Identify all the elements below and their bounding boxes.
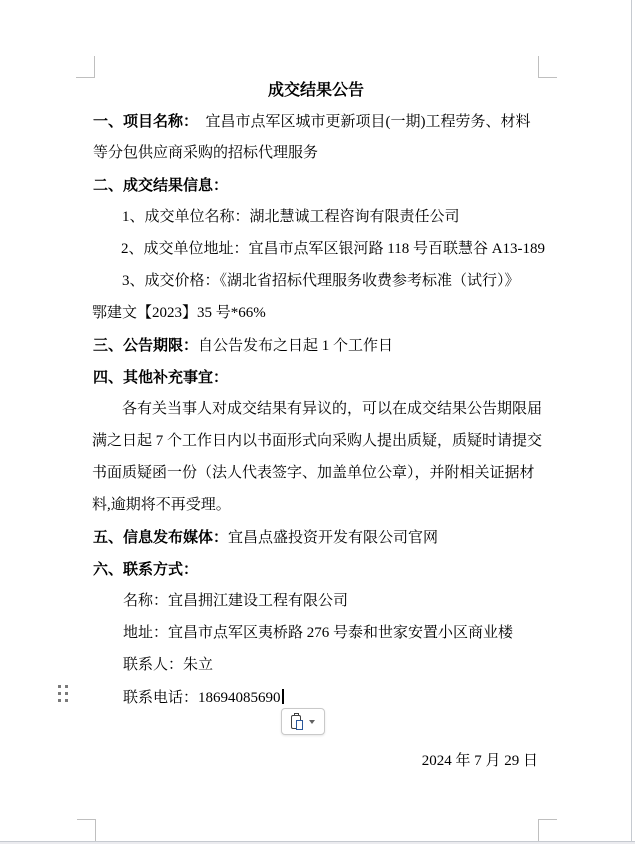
text-boundary-mark-bottom-left [77, 819, 96, 841]
line-objection-3: 书面质疑函一份（法人代表签字、加盖单位公章），并附相关证据材 [92, 465, 535, 482]
line-text: 名称：宜昌拥江建设工程有限公司 [123, 593, 348, 609]
chevron-down-icon [309, 720, 315, 724]
line-text: 各有关当事人对成交结果有异议的，可以在成交结果公告期限届 [122, 401, 542, 417]
section-label: 一、项目名称： [93, 113, 191, 130]
line-other-matters-heading: 四、其他补充事宜： [93, 369, 228, 387]
line-text: 宜昌市点军区城市更新项目(一期)工程劳务、材料 [191, 114, 531, 130]
line-winner-name: 1、成交单位名称：湖北慧诚工程咨询有限责任公司 [122, 209, 460, 226]
line-contact-name: 名称：宜昌拥江建设工程有限公司 [123, 593, 348, 610]
line-contact-phone: 联系电话：18694085690 [123, 689, 284, 707]
line-text: 联系电话：18694085690 [123, 690, 281, 706]
line-text: 3、成交价格：《湖北省招标代理服务收费参考标准（试行）》 [122, 273, 520, 289]
paste-options-button[interactable] [281, 708, 325, 735]
section-label: 四、其他补充事宜： [93, 369, 228, 386]
line-text: 联系人：朱立 [123, 657, 213, 673]
section-label: 五、信息发布媒体： [93, 529, 228, 546]
text-boundary-mark-top-right [538, 56, 557, 78]
line-text: 2、成交单位地址：宜昌市点军区银河路 118 号百联慧谷 A13-189 [121, 241, 545, 257]
line-contact-address: 地址：宜昌市点军区夷桥路 276 号泰和世家安置小区商业楼 [123, 625, 513, 642]
line-text: 鄂建文【2023】35 号*66% [92, 305, 266, 321]
line-text: 等分包供应商采购的招标代理服务 [93, 145, 318, 161]
section-label: 三、公告期限： [93, 337, 198, 354]
line-text: 宜昌点盛投资开发有限公司官网 [228, 530, 438, 546]
text-caret [282, 689, 284, 704]
word-document-page: 成交结果公告 一、项目名称： 宜昌市点军区城市更新项目(一期)工程劳务、材料 等… [0, 0, 635, 844]
line-text: 料,逾期将不再受理。 [92, 497, 231, 513]
line-project-name-cont: 等分包供应商采购的招标代理服务 [93, 145, 318, 162]
line-text: 1、成交单位名称：湖北慧诚工程咨询有限责任公司 [122, 209, 460, 225]
line-winner-address: 2、成交单位地址：宜昌市点军区银河路 118 号百联慧谷 A13-189 [121, 241, 545, 258]
line-deal-price: 3、成交价格：《湖北省招标代理服务收费参考标准（试行）》 [122, 273, 520, 290]
text-boundary-mark-top-left [76, 56, 95, 78]
section-label: 二、成交结果信息： [93, 177, 228, 194]
line-text: 地址：宜昌市点军区夷桥路 276 号泰和世家安置小区商业楼 [123, 625, 513, 641]
line-contact-heading: 六、联系方式： [93, 561, 198, 579]
page-title: 成交结果公告 [94, 82, 538, 99]
section-label: 六、联系方式： [93, 561, 198, 578]
line-contact-person: 联系人：朱立 [123, 657, 213, 674]
text-boundary-mark-bottom-right [538, 819, 557, 841]
date-line: 2024 年 7 月 29 日 [94, 753, 538, 770]
line-project-name: 一、项目名称： 宜昌市点军区城市更新项目(一期)工程劳务、材料 [93, 113, 531, 131]
line-text: 书面质疑函一份（法人代表签字、加盖单位公章），并附相关证据材 [92, 465, 535, 481]
line-announcement-period: 三、公告期限：自公告发布之日起 1 个工作日 [93, 337, 393, 355]
line-publish-media: 五、信息发布媒体：宜昌点盛投资开发有限公司官网 [93, 529, 438, 547]
clipboard-icon [291, 714, 304, 730]
line-text: 自公告发布之日起 1 个工作日 [198, 338, 393, 354]
line-text: 满之日起 7 个工作日内以书面形式向采购人提出质疑，质疑时请提交 [92, 433, 542, 449]
line-objection-4: 料,逾期将不再受理。 [92, 497, 231, 514]
line-result-info-heading: 二、成交结果信息： [93, 177, 228, 195]
line-price-standard: 鄂建文【2023】35 号*66% [92, 305, 266, 322]
line-objection-1: 各有关当事人对成交结果有异议的，可以在成交结果公告期限届 [122, 401, 542, 418]
drag-handle-icon[interactable] [58, 685, 68, 702]
page-edge-right [631, 0, 632, 841]
line-objection-2: 满之日起 7 个工作日内以书面形式向采购人提出质疑，质疑时请提交 [92, 433, 542, 450]
